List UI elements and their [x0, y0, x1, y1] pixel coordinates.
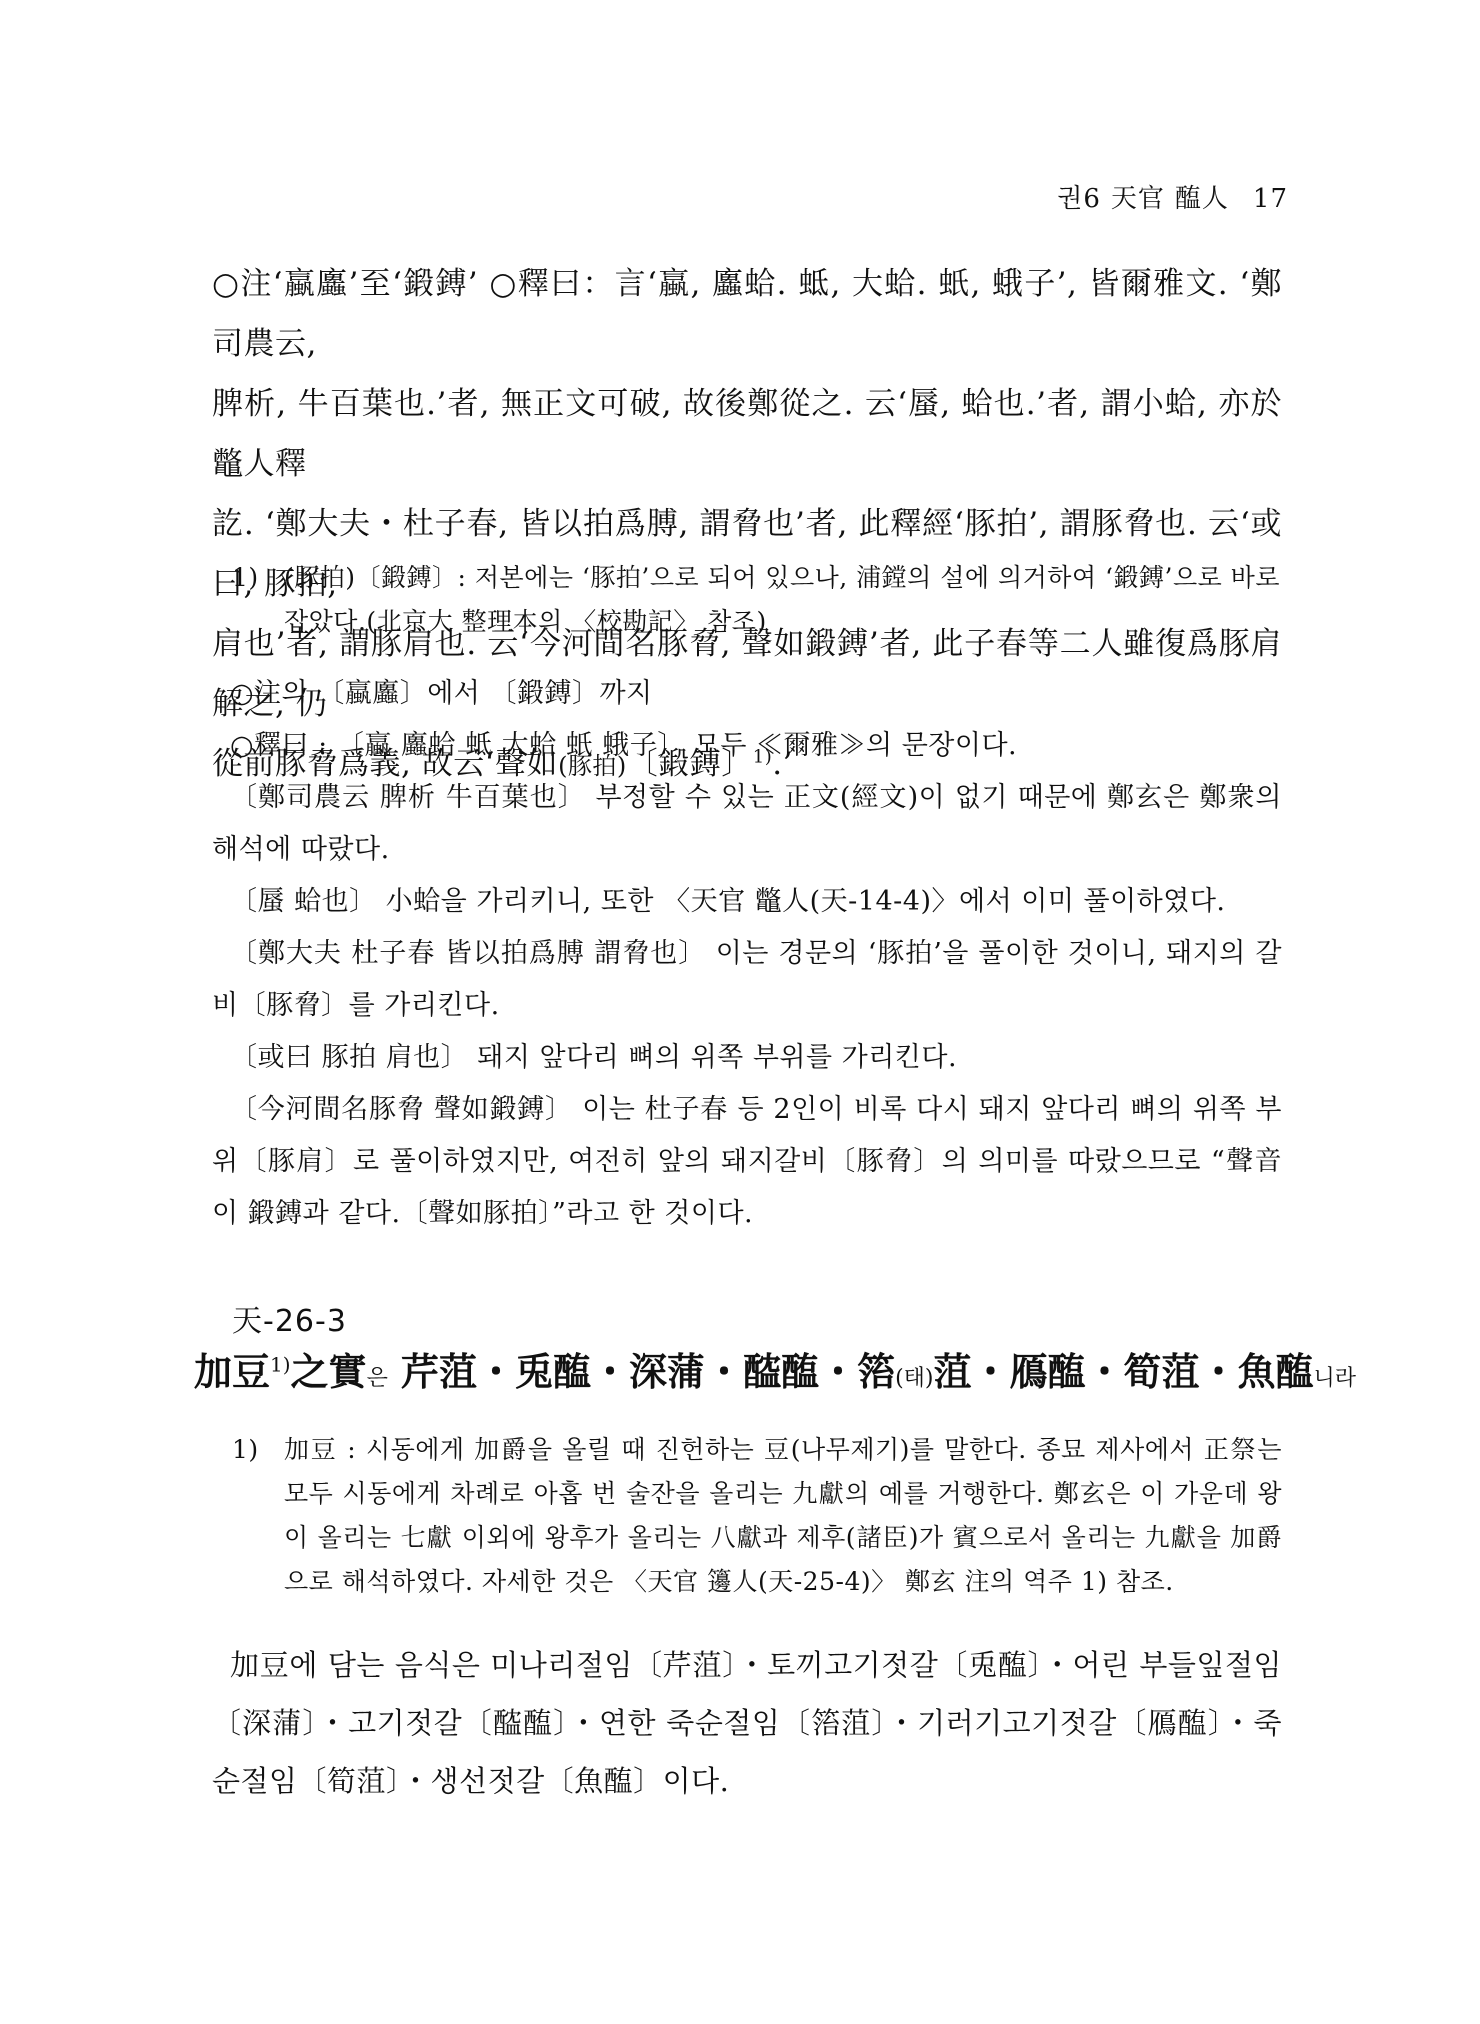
translation-paragraph: ○注의 〔蠃蠯〕에서 〔鍛鎛〕까지	[212, 668, 1282, 720]
footnote-text: 加豆 : 시동에게 加爵을 올릴 때 진헌하는 豆(나무제기)를 말한다. 종묘…	[232, 1428, 1282, 1604]
korean-particle: 은	[367, 1366, 388, 1391]
classic-head: 加豆	[194, 1349, 270, 1394]
header-volume: 권6	[1057, 184, 1101, 214]
commentary-line: 脾析, 牛百葉也.’者, 無正文可破, 故後鄭從之. 云‘蜃, 蛤也.’者, 謂…	[212, 374, 1282, 494]
korean-translation: ○注의 〔蠃蠯〕에서 〔鍛鎛〕까지 ○釋曰 : 〔蠃 蠯蛤 蚳 大蛤 蚔 蛾子〕…	[212, 668, 1282, 1240]
footnote-ref[interactable]: 1)	[270, 1352, 291, 1376]
translation-paragraph: 〔今河間名豚脅 聲如鍛鎛〕 이는 杜子春 등 2인이 비록 다시 돼지 앞다리 …	[212, 1084, 1282, 1240]
footnote-1: 1) (豚拍)〔鍛鎛〕: 저본에는 ‘豚拍’으로 되어 있으나, 浦鏜의 설에 …	[232, 556, 1282, 644]
classic-items: 芹菹・兎醢・深蒲・醓醢・箈	[388, 1349, 895, 1394]
classic-items: 菹・鴈醢・筍菹・魚醢	[933, 1349, 1313, 1394]
section-id: 天-26-3	[232, 1296, 347, 1340]
korean-ending: 니라	[1314, 1366, 1357, 1391]
document-page: 권6天官醢人17 ○注‘蠃蠯’至‘鍛鎛’ ○釋曰：言‘蠃, 蠯蛤. 蚳, 大蛤.…	[0, 0, 1480, 2024]
reading-gloss: (태)	[895, 1366, 933, 1391]
translation-paragraph: 加豆에 담는 음식은 미나리절임〔芹菹〕・토끼고기젓갈〔兎醢〕・어린 부들잎절임…	[212, 1636, 1282, 1810]
classic-part: 之實	[291, 1349, 367, 1394]
footnote-text: (豚拍)〔鍛鎛〕: 저본에는 ‘豚拍’으로 되어 있으나, 浦鏜의 설에 의거하…	[232, 556, 1282, 644]
translation-paragraph: 〔鄭大夫 杜子春 皆以拍爲膊 謂脅也〕 이는 경문의 ‘豚拍’을 풀이한 것이니…	[212, 928, 1282, 1032]
header-section: 天官	[1111, 184, 1165, 214]
translation-paragraph: ○釋曰 : 〔蠃 蠯蛤 蚳 大蛤 蚔 蛾子〕 모두 ≪爾雅≫의 문장이다.	[212, 720, 1282, 772]
footnote-2: 1) 加豆 : 시동에게 加爵을 올릴 때 진헌하는 豆(나무제기)를 말한다.…	[232, 1428, 1282, 1604]
translation-paragraph: 〔鄭司農云 脾析 牛百葉也〕 부정할 수 있는 正文(經文)이 없기 때문에 鄭…	[212, 772, 1282, 876]
header-chapter: 醢人	[1175, 184, 1229, 214]
translation-paragraph: 〔或曰 豚拍 肩也〕 돼지 앞다리 뼈의 위쪽 부위를 가리킨다.	[212, 1032, 1282, 1084]
footnote-number: 1)	[232, 1428, 259, 1472]
final-translation: 加豆에 담는 음식은 미나리절임〔芹菹〕・토끼고기젓갈〔兎醢〕・어린 부들잎절임…	[212, 1636, 1282, 1810]
running-header: 권6天官醢人17	[1047, 178, 1288, 215]
commentary-line: ○注‘蠃蠯’至‘鍛鎛’ ○釋曰：言‘蠃, 蠯蛤. 蚳, 大蛤. 蚔, 蛾子’, …	[212, 254, 1282, 374]
footnote-number: 1)	[232, 556, 259, 600]
page-number: 17	[1253, 184, 1288, 214]
translation-paragraph: 〔蜃 蛤也〕 小蛤을 가리키니, 또한 〈天官 鼈人(天-14-4)〉에서 이미…	[212, 876, 1282, 928]
classic-text: 加豆1)之實은 芹菹・兎醢・深蒲・醓醢・箈(태)菹・鴈醢・筍菹・魚醢니라	[194, 1340, 1294, 1411]
